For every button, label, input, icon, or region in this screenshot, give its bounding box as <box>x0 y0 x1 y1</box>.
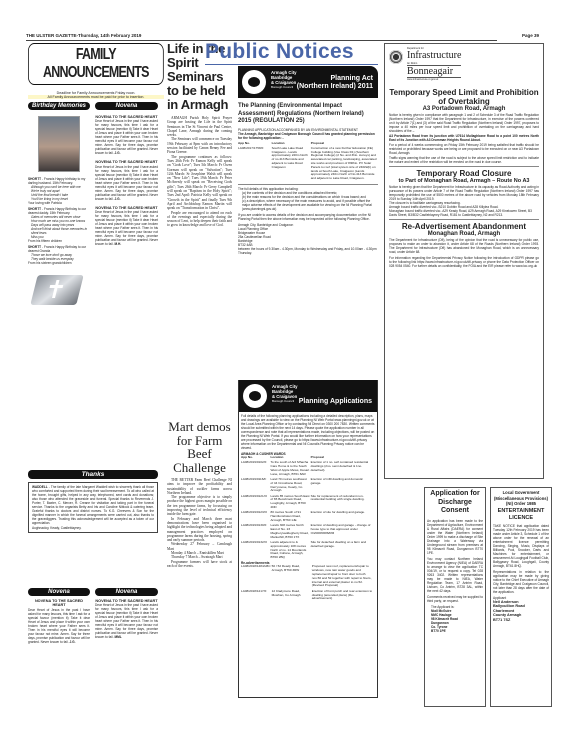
dfi-name: Infrastructure <box>407 50 461 61</box>
public-notices-title: Public Notices <box>205 40 378 65</box>
novena-body: Dear Heart of Jesus in the past I have a… <box>95 603 158 639</box>
newspaper-page: THE ULSTER GAZETTE-Thursday, 14th Februa… <box>0 0 580 737</box>
road-closure-subtitle: to Part of Monaghan Road, Armagh – Route… <box>389 178 539 185</box>
details-list: (a) the contents of the decision and the… <box>238 191 378 211</box>
birthday-memories-header: Birthday Memories <box>28 102 90 110</box>
abandonment-subtitle: Monaghan Road, Armagh <box>389 231 539 238</box>
page-number: Page 39 <box>522 33 539 38</box>
table-row: LA08/2019/0102/FTo the south of Ard Mhac… <box>241 461 375 478</box>
table-row: LA08/2018/1484/LBC50 / 52 Ready Road, Ar… <box>241 565 375 589</box>
speed-limit-period: For a period of 4 weeks commencing on Fr… <box>389 143 539 155</box>
thanks-notice: WADDELL - The family of the late Margare… <box>28 482 158 533</box>
birthday-notice: SHORTT - Francis Happy Birthday to our d… <box>28 207 90 243</box>
novena-notice: NOVENA TO THE SACRED HEARTDear Heart of … <box>95 115 158 155</box>
speed-limit-subtitle: A3 Portadown Road, Armagh <box>389 106 539 113</box>
novena-notice: NOVENA TO THE SACRED HEARTDear Heart of … <box>95 160 158 200</box>
licence-header: Local Government (Miscellaneous Provisio… <box>493 490 549 507</box>
road-closure-body: Notice is hereby given that the Departme… <box>389 185 539 201</box>
publication-date: THE ULSTER GAZETTE-Thursday, 14th Februa… <box>26 33 141 40</box>
planning-office-address: Armagh City, Banbridge and CraigavonLoca… <box>238 223 378 247</box>
novena-column: Novena NOVENA TO THE SACRED HEARTDear He… <box>95 102 158 472</box>
novena-body: Dear Heart of Jesus in the past I have a… <box>28 608 90 644</box>
licence-applicant: Neil AndersonBallycullion RoadCharlemont… <box>493 600 549 623</box>
planning-act-notice: Armagh City Banbridge & Craigavon Boroug… <box>238 66 378 256</box>
gdpr-notice: For information regarding the Department… <box>389 256 539 268</box>
novena-heading: NOVENA TO THE SACRED HEART <box>28 599 90 608</box>
eia-subhead: PLANNING APPLICATION ACCOMPANIED BY AN E… <box>238 128 378 132</box>
speed-limit-title: Temporary Speed Limit and Prohibition of… <box>389 88 539 106</box>
table-row: LA08/2018/1217/F12 Cladymore Road, Mowha… <box>241 590 375 603</box>
planning-applications-banner: Armagh City Banbridge & Craigavon Boroug… <box>239 380 377 412</box>
licence-body: TAKE NOTICE that application dated Tuesd… <box>493 524 549 568</box>
speed-limit-road: A3 Portadown Road from its junction with… <box>389 134 539 142</box>
novena-list: NOVENA TO THE SACRED HEARTDear Heart of … <box>95 115 158 246</box>
diversion-monaghan: Monaghan bound traffic diverted via:- A2… <box>389 209 539 217</box>
council-name: Armagh City Banbridge & Craigavon Boroug… <box>272 385 298 404</box>
mart-article: Mart demos for Farm Beef Challenge THE B… <box>167 420 232 720</box>
family-announcements-header: FAMILY ANNOUNCEMENTS Deadline for Family… <box>28 43 164 103</box>
spirit-body: ARMAGH Parish Holy Spirit Prayer Group a… <box>167 116 232 228</box>
birthday-notice: SHORTT - Francis Happy birthday to my da… <box>28 177 90 205</box>
speed-limit-signs: Traffic signs warning that the use of th… <box>389 156 539 164</box>
thanks-address: Aughnacloy, Keady, Castleblayney. <box>32 526 154 530</box>
novena-header: Novena <box>95 102 158 110</box>
council-logo-icon <box>243 384 267 408</box>
table-row: LA08/2019/0116/FLand 70 metres southwest… <box>241 478 375 495</box>
birthday-memories-column: Birthday Memories SHORTT - Francis Happy… <box>28 102 90 472</box>
planning-applications-table: App No.LocationProposal LA08/2019/0102/F… <box>241 456 375 561</box>
dfi-logo: Department for Infrastructure An Roinn B… <box>389 47 539 81</box>
readvertisements-table: LA08/2018/1484/LBC50 / 52 Ready Road, Ar… <box>241 565 375 602</box>
table-row: LA08/2019/0132/OLands adjacent to & appr… <box>241 541 375 561</box>
spirit-article: Life in the Spirit Seminars to be held i… <box>167 42 232 342</box>
inspect-text: If you are unable to access details of t… <box>238 213 378 221</box>
table-row: LA08/2019/0121/OLands 85 metres South Ea… <box>241 495 375 512</box>
novena-notice: NOVENA TO THE SACRED HEARTDear Heart of … <box>95 206 158 246</box>
mart-headline: Mart demos for Farm Beef Challenge <box>167 420 232 474</box>
planning-applications-title: Planning Applications <box>299 398 372 406</box>
planning-apps-intro: Full details of the following planning a… <box>241 414 375 450</box>
table-row: LA08/2017/1758/F South Lake Lake Road Cr… <box>238 147 378 183</box>
licence-representations: Representations in relation to the appli… <box>493 570 549 594</box>
eia-intro: The Armagh, Banbridge and Craigavon Boro… <box>238 132 378 140</box>
dfi-emblem-icon <box>389 50 403 64</box>
portrait-photo <box>38 116 80 172</box>
novena-header: Novena <box>28 588 90 596</box>
bible-icon <box>30 275 83 305</box>
dfi-url: www.infrastructure-ni.gov.uk <box>407 77 461 81</box>
thanks-header: Thanks <box>28 470 158 479</box>
council-name: Armagh City Banbridge & Craigavon Boroug… <box>271 71 297 90</box>
novena-header: Novena <box>95 588 158 596</box>
eia-heading: The Planning (Environmental Impact Asses… <box>238 103 378 126</box>
novena-bottom-right: Novena NOVENA TO THE SACRED HEART Dear H… <box>95 588 158 708</box>
office-hours: between the hours of 9.30am - 4.30pm, Mo… <box>238 247 378 255</box>
abandonment-title: Re-Advertisement Abandonment <box>389 222 539 231</box>
thanks-section: Thanks WADDELL - The family of the late … <box>28 470 158 582</box>
birthday-list: SHORTT - Francis Happy birthday to my da… <box>28 177 90 265</box>
discharge-applicant: The Applicant is: Niall McGuireNMC Haula… <box>427 605 483 633</box>
family-announcements-title: FAMILY ANNOUNCEMENTS <box>28 43 164 85</box>
abandonment-body: The Department for Infrastructure (DfI),… <box>389 238 539 254</box>
novena-bottom-left: Novena NOVENA TO THE SACRED HEART Dear H… <box>28 588 90 708</box>
discharge-consent-notice: Application for Discharge Consent An app… <box>424 487 486 707</box>
council-logo-icon <box>242 70 266 94</box>
payment-text: All Family Announcements must be paid fo… <box>28 95 164 99</box>
discharge-body-2: You may contact Northern Ireland Environ… <box>427 557 483 593</box>
entertainment-licence-notice: Local Government (Miscellaneous Provisio… <box>490 487 552 707</box>
dfi-irish-name: Bonneagair <box>407 65 461 77</box>
planning-act-title: Planning Act (Northern Ireland) 2011 <box>297 75 373 91</box>
dfi-notice: Department for Infrastructure An Roinn B… <box>384 43 544 479</box>
birthday-notice: SHORTT - Francis Happy Birthday to our d… <box>28 245 90 265</box>
discharge-body-3: Comments received may be supplied to thi… <box>427 595 483 603</box>
thanks-body: - The family of the late Margaret Waddel… <box>32 485 154 525</box>
planning-act-banner: Armagh City Banbridge & Craigavon Boroug… <box>238 66 378 98</box>
mart-body: THE BETTER Farm Beef Challenge NI aims t… <box>167 478 232 568</box>
road-closure-title: Temporary Road Closure <box>389 169 539 178</box>
speed-limit-body: Notice is hereby given in compliance wit… <box>389 113 539 133</box>
licence-title: ENTERTAINMENT LICENCE <box>493 508 549 522</box>
discharge-body-1: An application has been made to the Depa… <box>427 519 483 555</box>
discharge-title: Application for Discharge Consent <box>427 490 483 516</box>
table-row: LA08/2019/0130/FLands 308 metres North E… <box>241 524 375 541</box>
planning-applications-notice: Armagh City Banbridge & Craigavon Boroug… <box>238 380 378 698</box>
eia-application-table: App No.LocationProposal LA08/2017/1758/F… <box>238 142 378 183</box>
